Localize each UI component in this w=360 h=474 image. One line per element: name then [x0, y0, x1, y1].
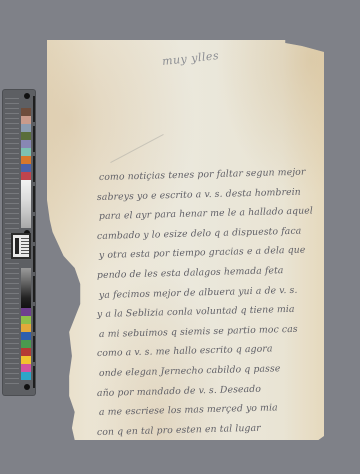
swatch	[21, 116, 31, 124]
swatch	[21, 164, 31, 172]
ink-stroke	[110, 134, 163, 163]
swatch	[21, 356, 31, 364]
letter-body: como notiçias tenes por faltar segun mej…	[97, 168, 319, 462]
label-text-lines	[21, 238, 29, 256]
color-calibration-strip	[3, 90, 35, 395]
scan-background: muy ylles como notiçias tenes por faltar…	[0, 0, 360, 474]
swatch	[21, 316, 31, 324]
gray-scale-light	[21, 180, 31, 228]
swatch	[21, 140, 31, 148]
registration-dot-icon	[24, 384, 30, 390]
text-line: a ding yo aha sabe y sebe de lo mio padr…	[99, 437, 319, 462]
barcode-icon	[15, 238, 19, 254]
swatch	[21, 148, 31, 156]
ruler-rail	[33, 96, 35, 388]
swatch	[21, 364, 31, 372]
manuscript-page: muy ylles como notiçias tenes por faltar…	[47, 40, 324, 440]
swatch	[21, 340, 31, 348]
color-swatches-top	[21, 108, 31, 228]
swatch	[21, 308, 31, 316]
color-swatches-bottom	[21, 268, 31, 380]
gray-scale-dark	[21, 268, 31, 308]
swatch	[21, 132, 31, 140]
swatch	[21, 372, 31, 380]
barcode-label	[11, 233, 31, 259]
header-note: muy ylles	[161, 49, 219, 68]
swatch	[21, 156, 31, 164]
swatch	[21, 108, 31, 116]
registration-dot-icon	[24, 93, 30, 99]
swatch	[21, 124, 31, 132]
swatch	[21, 332, 31, 340]
swatch	[21, 172, 31, 180]
swatch	[21, 324, 31, 332]
swatch	[21, 348, 31, 356]
